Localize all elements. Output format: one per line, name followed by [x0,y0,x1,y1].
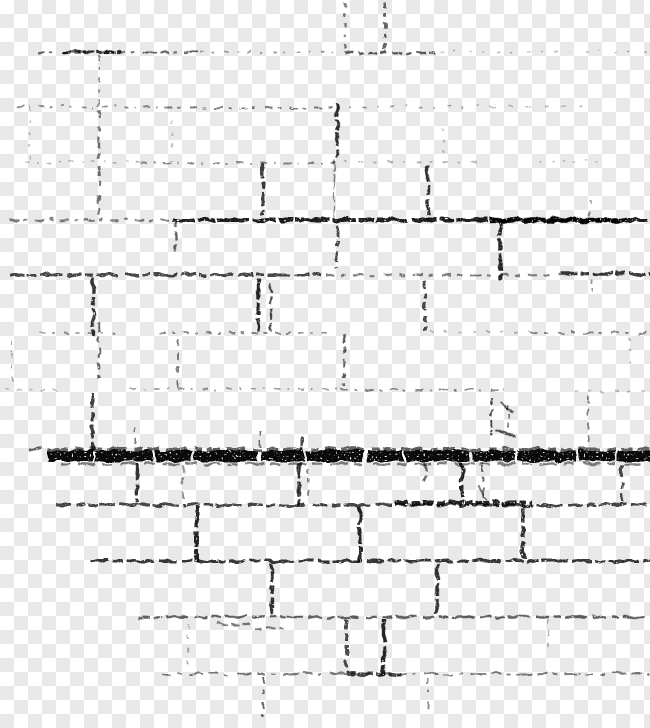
grunge-stroke [500,402,512,412]
brick-wall-ink-svg [0,0,650,728]
transparency-checkerboard [0,0,650,728]
grunge-stroke [496,430,516,436]
mortar-lines-group [5,2,650,716]
